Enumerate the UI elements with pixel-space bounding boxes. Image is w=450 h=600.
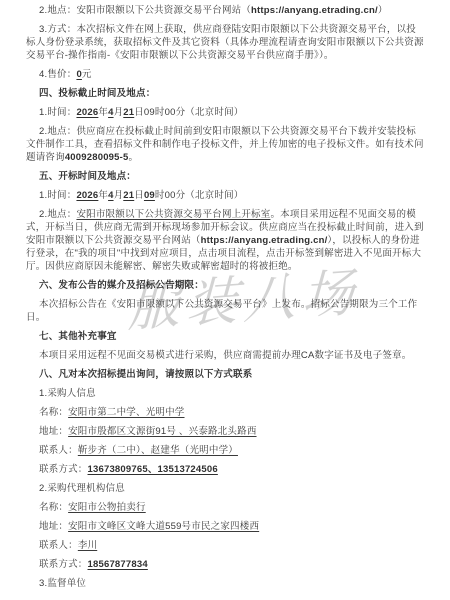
section-4: 四、投标截止时间及地点： bbox=[26, 87, 424, 100]
text-run: 4.售价： bbox=[39, 69, 76, 80]
agency-contact: 联系人：李川 bbox=[26, 539, 424, 552]
text-run: 1.采购人信息 bbox=[39, 388, 96, 399]
text-run: 日09时00分（北京时间） bbox=[134, 107, 243, 118]
text-run: 年 bbox=[98, 107, 108, 118]
purchaser-contact: 联系人：靳步齐（二中）、赵建华（光明中学） bbox=[26, 444, 424, 457]
text-run: 月 bbox=[114, 190, 124, 201]
text-run: 元 bbox=[82, 69, 92, 80]
underlined-value: 21 bbox=[123, 107, 134, 118]
text-run: 3.方式： bbox=[39, 24, 76, 35]
text-run: 年 bbox=[98, 190, 108, 201]
underlined-value: 安阳市第二中学、光明中学 bbox=[68, 407, 184, 418]
text-run: 本次招标文件在网上获取，供应商登陆安阳市限额以下公共资源交易平台，以投标人身份登… bbox=[26, 24, 424, 61]
underlined-value: 13673809765、13513724506 bbox=[88, 464, 218, 475]
text-run: 月 bbox=[114, 107, 124, 118]
text-run: 4009280095-5 bbox=[65, 152, 129, 163]
underlined-value: 09 bbox=[144, 190, 155, 201]
text-run: 联系人： bbox=[39, 540, 78, 551]
text-run: 2.采购代理机构信息 bbox=[39, 483, 125, 494]
text-run: 3.监督单位 bbox=[39, 578, 86, 589]
section-8: 八、凡对本次招标提出询问，请按照以下方式联系 bbox=[26, 368, 424, 381]
section-7: 七、其他补充事宜 bbox=[26, 330, 424, 343]
underlined-value: 安阳市公物拍卖行 bbox=[68, 502, 146, 513]
agency-info-title: 2.采购代理机构信息 bbox=[26, 482, 424, 495]
purchaser-address: 地址：安阳市殷都区文源街91号 、兴泰路北头路西 bbox=[26, 425, 424, 438]
document-body: 2.地点：安阳市限额以下公共资源交易平台网站（https://anyang.et… bbox=[0, 0, 450, 590]
purchaser-info-title: 1.采购人信息 bbox=[26, 387, 424, 400]
text-run: 四、投标截止时间及地点： bbox=[39, 88, 155, 99]
text-run: 地址： bbox=[39, 521, 68, 532]
text-run: 地址： bbox=[39, 426, 68, 437]
agency-address: 地址：安阳市文峰区文峰大道559号市民之家四楼西 bbox=[26, 520, 424, 533]
text-run: 1.时间： bbox=[39, 190, 76, 201]
text-run: 时00分（北京时间） bbox=[155, 190, 244, 201]
text-run: 八、凡对本次招标提出询问，请按照以下方式联系 bbox=[39, 369, 252, 380]
purchaser-phone: 联系方式：13673809765、13513724506 bbox=[26, 463, 424, 476]
underlined-value: 21 bbox=[123, 190, 134, 201]
underlined-value: 李川 bbox=[78, 540, 97, 551]
purchaser-name: 名称：安阳市第二中学、光明中学 bbox=[26, 406, 424, 419]
underlined-value: 安阳市限额以下公共资源交易平台网上开标室 bbox=[76, 209, 270, 220]
agency-phone: 联系方式：18567877834 bbox=[26, 558, 424, 571]
text-run: 联系方式： bbox=[39, 464, 88, 475]
text-run: 名称： bbox=[39, 502, 68, 513]
underlined-value: 2026 bbox=[76, 107, 98, 118]
announcement-media: 本次招标公告在《安阳市限额以下公共资源交易平台》上发布。招标公告期限为三个工作日… bbox=[26, 298, 424, 324]
section-5: 五、开标时间及地点： bbox=[26, 170, 424, 183]
document-page: 服装八场 2.地点：安阳市限额以下公共资源交易平台网站（https://anya… bbox=[0, 0, 450, 600]
text-run: 本次招标公告在《安阳市限额以下公共资源交易平台》上发布。招标公告期限为三个工作日… bbox=[26, 299, 417, 323]
open-bid-place: 2.地点：安阳市限额以下公共资源交易平台网上开标室。本项目采用远程不见面交易的模… bbox=[26, 208, 424, 273]
bid-deadline-place: 2.地点：供应商应在投标截止时间前到安阳市限额以下公共资源交易平台下载并安装投标… bbox=[26, 125, 424, 164]
section-6: 六、发布公告的媒介及招标公告期限： bbox=[26, 279, 424, 292]
text-run: 安阳市限额以下公共资源交易平台网站（ bbox=[76, 5, 251, 16]
text-run: 日 bbox=[134, 190, 144, 201]
price: 4.售价：0元 bbox=[26, 68, 424, 81]
text-run: 五、开标时间及地点： bbox=[39, 171, 136, 182]
text-run: 本项目采用远程不见面交易模式进行采购，供应商需提前办理CA数字证书及电子签章。 bbox=[39, 350, 412, 361]
text-run: https://anyang.etrading.cn/ bbox=[251, 5, 378, 16]
text-run: 2.地点： bbox=[39, 126, 76, 137]
supplementary: 本项目采用远程不见面交易模式进行采购，供应商需提前办理CA数字证书及电子签章。 bbox=[26, 349, 424, 362]
underlined-value: 18567877834 bbox=[88, 559, 148, 570]
agency-name: 名称：安阳市公物拍卖行 bbox=[26, 501, 424, 514]
text-run: 2.地点： bbox=[39, 5, 76, 16]
open-bid-time: 1.时间：2026年4月21日09时00分（北京时间） bbox=[26, 189, 424, 202]
underlined-value: 2026 bbox=[76, 190, 98, 201]
text-run: 联系人： bbox=[39, 445, 78, 456]
text-run: 名称： bbox=[39, 407, 68, 418]
supervisor-title: 3.监督单位 bbox=[26, 577, 424, 590]
text-run: 。 bbox=[129, 152, 139, 163]
underlined-value: 安阳市文峰区文峰大道559号市民之家四楼西 bbox=[68, 521, 259, 532]
text-run: 七、其他补充事宜 bbox=[39, 331, 117, 342]
location-get-docs: 2.地点：安阳市限额以下公共资源交易平台网站（https://anyang.et… bbox=[26, 4, 424, 17]
method-get-docs: 3.方式：本次招标文件在网上获取，供应商登陆安阳市限额以下公共资源交易平台，以投… bbox=[26, 23, 424, 62]
text-run: ） bbox=[378, 5, 388, 16]
text-run: https://anyang.etrading.cn/ bbox=[201, 235, 328, 246]
underlined-value: 靳步齐（二中）、赵建华（光明中学） bbox=[78, 445, 238, 456]
text-run: 2.地点： bbox=[39, 209, 76, 220]
text-run: 联系方式： bbox=[39, 559, 88, 570]
text-run: 1.时间： bbox=[39, 107, 76, 118]
bid-deadline-time: 1.时间：2026年4月21日09时00分（北京时间） bbox=[26, 106, 424, 119]
text-run: 六、发布公告的媒介及招标公告期限： bbox=[39, 280, 204, 291]
underlined-value: 安阳市殷都区文源街91号 、兴泰路北头路西 bbox=[68, 426, 256, 437]
